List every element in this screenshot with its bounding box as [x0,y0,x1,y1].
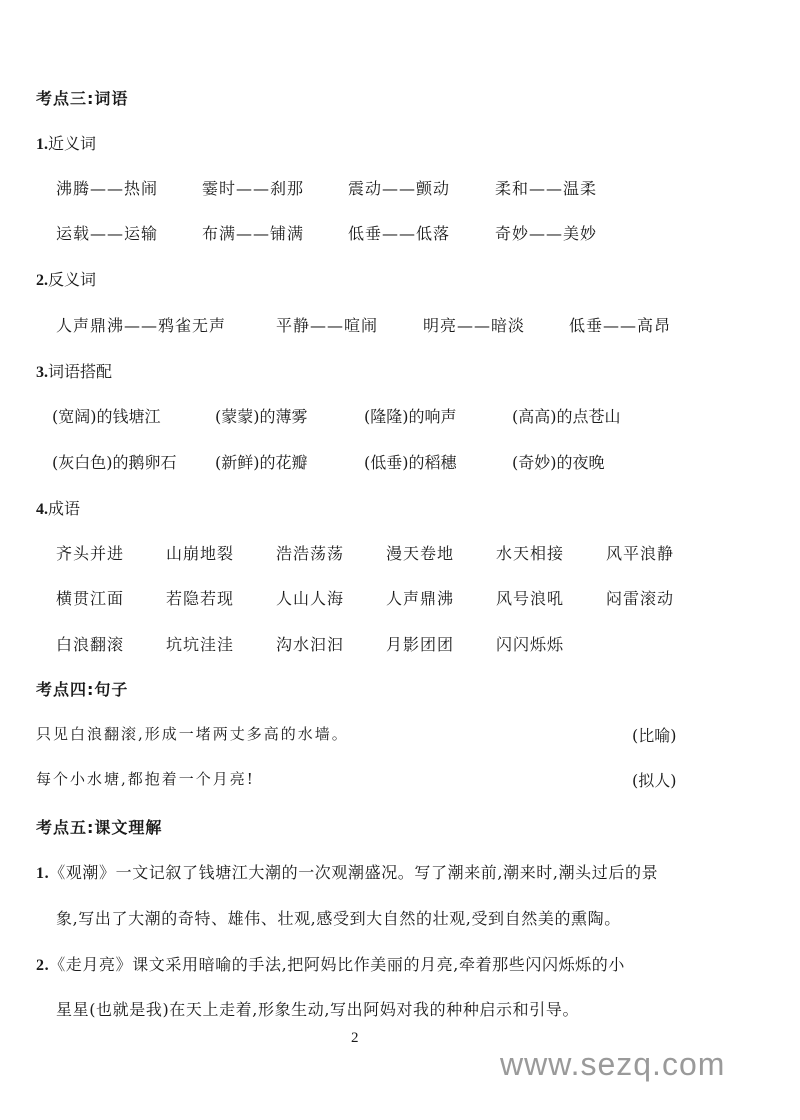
collocation: (隆隆)的响声 [364,404,457,427]
antonym-pair: 明亮——暗淡 [423,313,525,336]
example-sentence: 只见白浪翻滚,形成一堵两丈多高的水墙。 [36,723,349,744]
paragraph-number: 1. [36,865,49,882]
rhetoric-type: (拟人) [632,768,677,791]
watermark: www.sezq.com [500,1046,725,1083]
collocation: (蒙蒙)的薄雾 [215,404,308,427]
subsection-label: 成语 [48,499,80,518]
idiom: 若隐若现 [166,586,234,609]
subsection-number: 3. [36,364,48,381]
synonym-pair: 霎时——刹那 [202,176,304,199]
antonym-pair: 低垂——高昂 [569,313,671,336]
synonym-pair: 震动——颤动 [348,176,450,199]
subsection-label: 词语搭配 [48,362,112,381]
collocation: (低垂)的稻穗 [364,450,457,473]
section-title-sentences: 考点四:句子 [36,677,128,700]
paragraph-line: 1.《观潮》一文记叙了钱塘江大潮的一次观潮盛况。写了潮来前,潮来时,潮头过后的景 [36,860,658,883]
synonym-pair: 运载——运输 [56,221,158,244]
collocation: (灰白色)的鹅卵石 [52,450,177,473]
paragraph-line: 2.《走月亮》课文采用暗喻的手法,把阿妈比作美丽的月亮,牵着那些闪闪烁烁的小 [36,952,625,975]
rhetoric-type: (比喻) [632,723,677,746]
subsection-collocations: 3.词语搭配 [36,359,112,382]
idiom: 人声鼎沸 [386,586,454,609]
idiom: 人山人海 [276,586,344,609]
idiom: 白浪翻滚 [56,632,124,655]
idiom: 浩浩荡荡 [276,541,344,564]
subsection-synonyms: 1.近义词 [36,131,96,154]
idiom: 水天相接 [496,541,564,564]
page-number: 2 [351,1030,359,1047]
synonym-pair: 沸腾——热闹 [56,176,158,199]
idiom: 沟水汩汩 [276,632,344,655]
idiom: 闪闪烁烁 [496,632,564,655]
paragraph-text: 《观潮》一文记叙了钱塘江大潮的一次观潮盛况。写了潮来前,潮来时,潮头过后的景 [49,863,658,882]
collocation: (新鲜)的花瓣 [215,450,308,473]
idiom: 坑坑洼洼 [166,632,234,655]
antonym-pair: 人声鼎沸——鸦雀无声 [56,313,226,336]
collocation: (奇妙)的夜晚 [512,450,605,473]
paragraph-line: 象,写出了大潮的奇特、雄伟、壮观,感受到大自然的壮观,受到自然美的熏陶。 [56,906,621,929]
subsection-number: 2. [36,272,48,289]
collocation: (宽阔)的钱塘江 [52,404,161,427]
example-sentence: 每个小水塘,都抱着一个月亮! [36,768,255,789]
subsection-number: 1. [36,136,48,153]
section-title-text-understanding: 考点五:课文理解 [36,815,162,838]
paragraph-text: 《走月亮》课文采用暗喻的手法,把阿妈比作美丽的月亮,牵着那些闪闪烁烁的小 [49,955,625,974]
subsection-number: 4. [36,501,48,518]
synonym-pair: 柔和——温柔 [495,176,597,199]
idiom: 月影团团 [386,632,454,655]
idiom: 山崩地裂 [166,541,234,564]
section-title-vocabulary: 考点三:词语 [36,86,128,109]
paragraph-line: 星星(也就是我)在天上走着,形象生动,写出阿妈对我的种种启示和引导。 [56,997,579,1020]
synonym-pair: 奇妙——美妙 [495,221,597,244]
idiom: 闷雷滚动 [606,586,674,609]
idiom: 齐头并进 [56,541,124,564]
subsection-label: 近义词 [48,134,96,153]
idiom: 风平浪静 [606,541,674,564]
subsection-antonyms: 2.反义词 [36,267,96,290]
synonym-pair: 低垂——低落 [348,221,450,244]
idiom: 漫天卷地 [386,541,454,564]
subsection-idioms: 4.成语 [36,496,80,519]
synonym-pair: 布满——铺满 [202,221,304,244]
idiom: 横贯江面 [56,586,124,609]
collocation: (高高)的点苍山 [512,404,621,427]
antonym-pair: 平静——喧闹 [276,313,378,336]
paragraph-number: 2. [36,957,49,974]
subsection-label: 反义词 [48,270,96,289]
idiom: 风号浪吼 [496,586,564,609]
